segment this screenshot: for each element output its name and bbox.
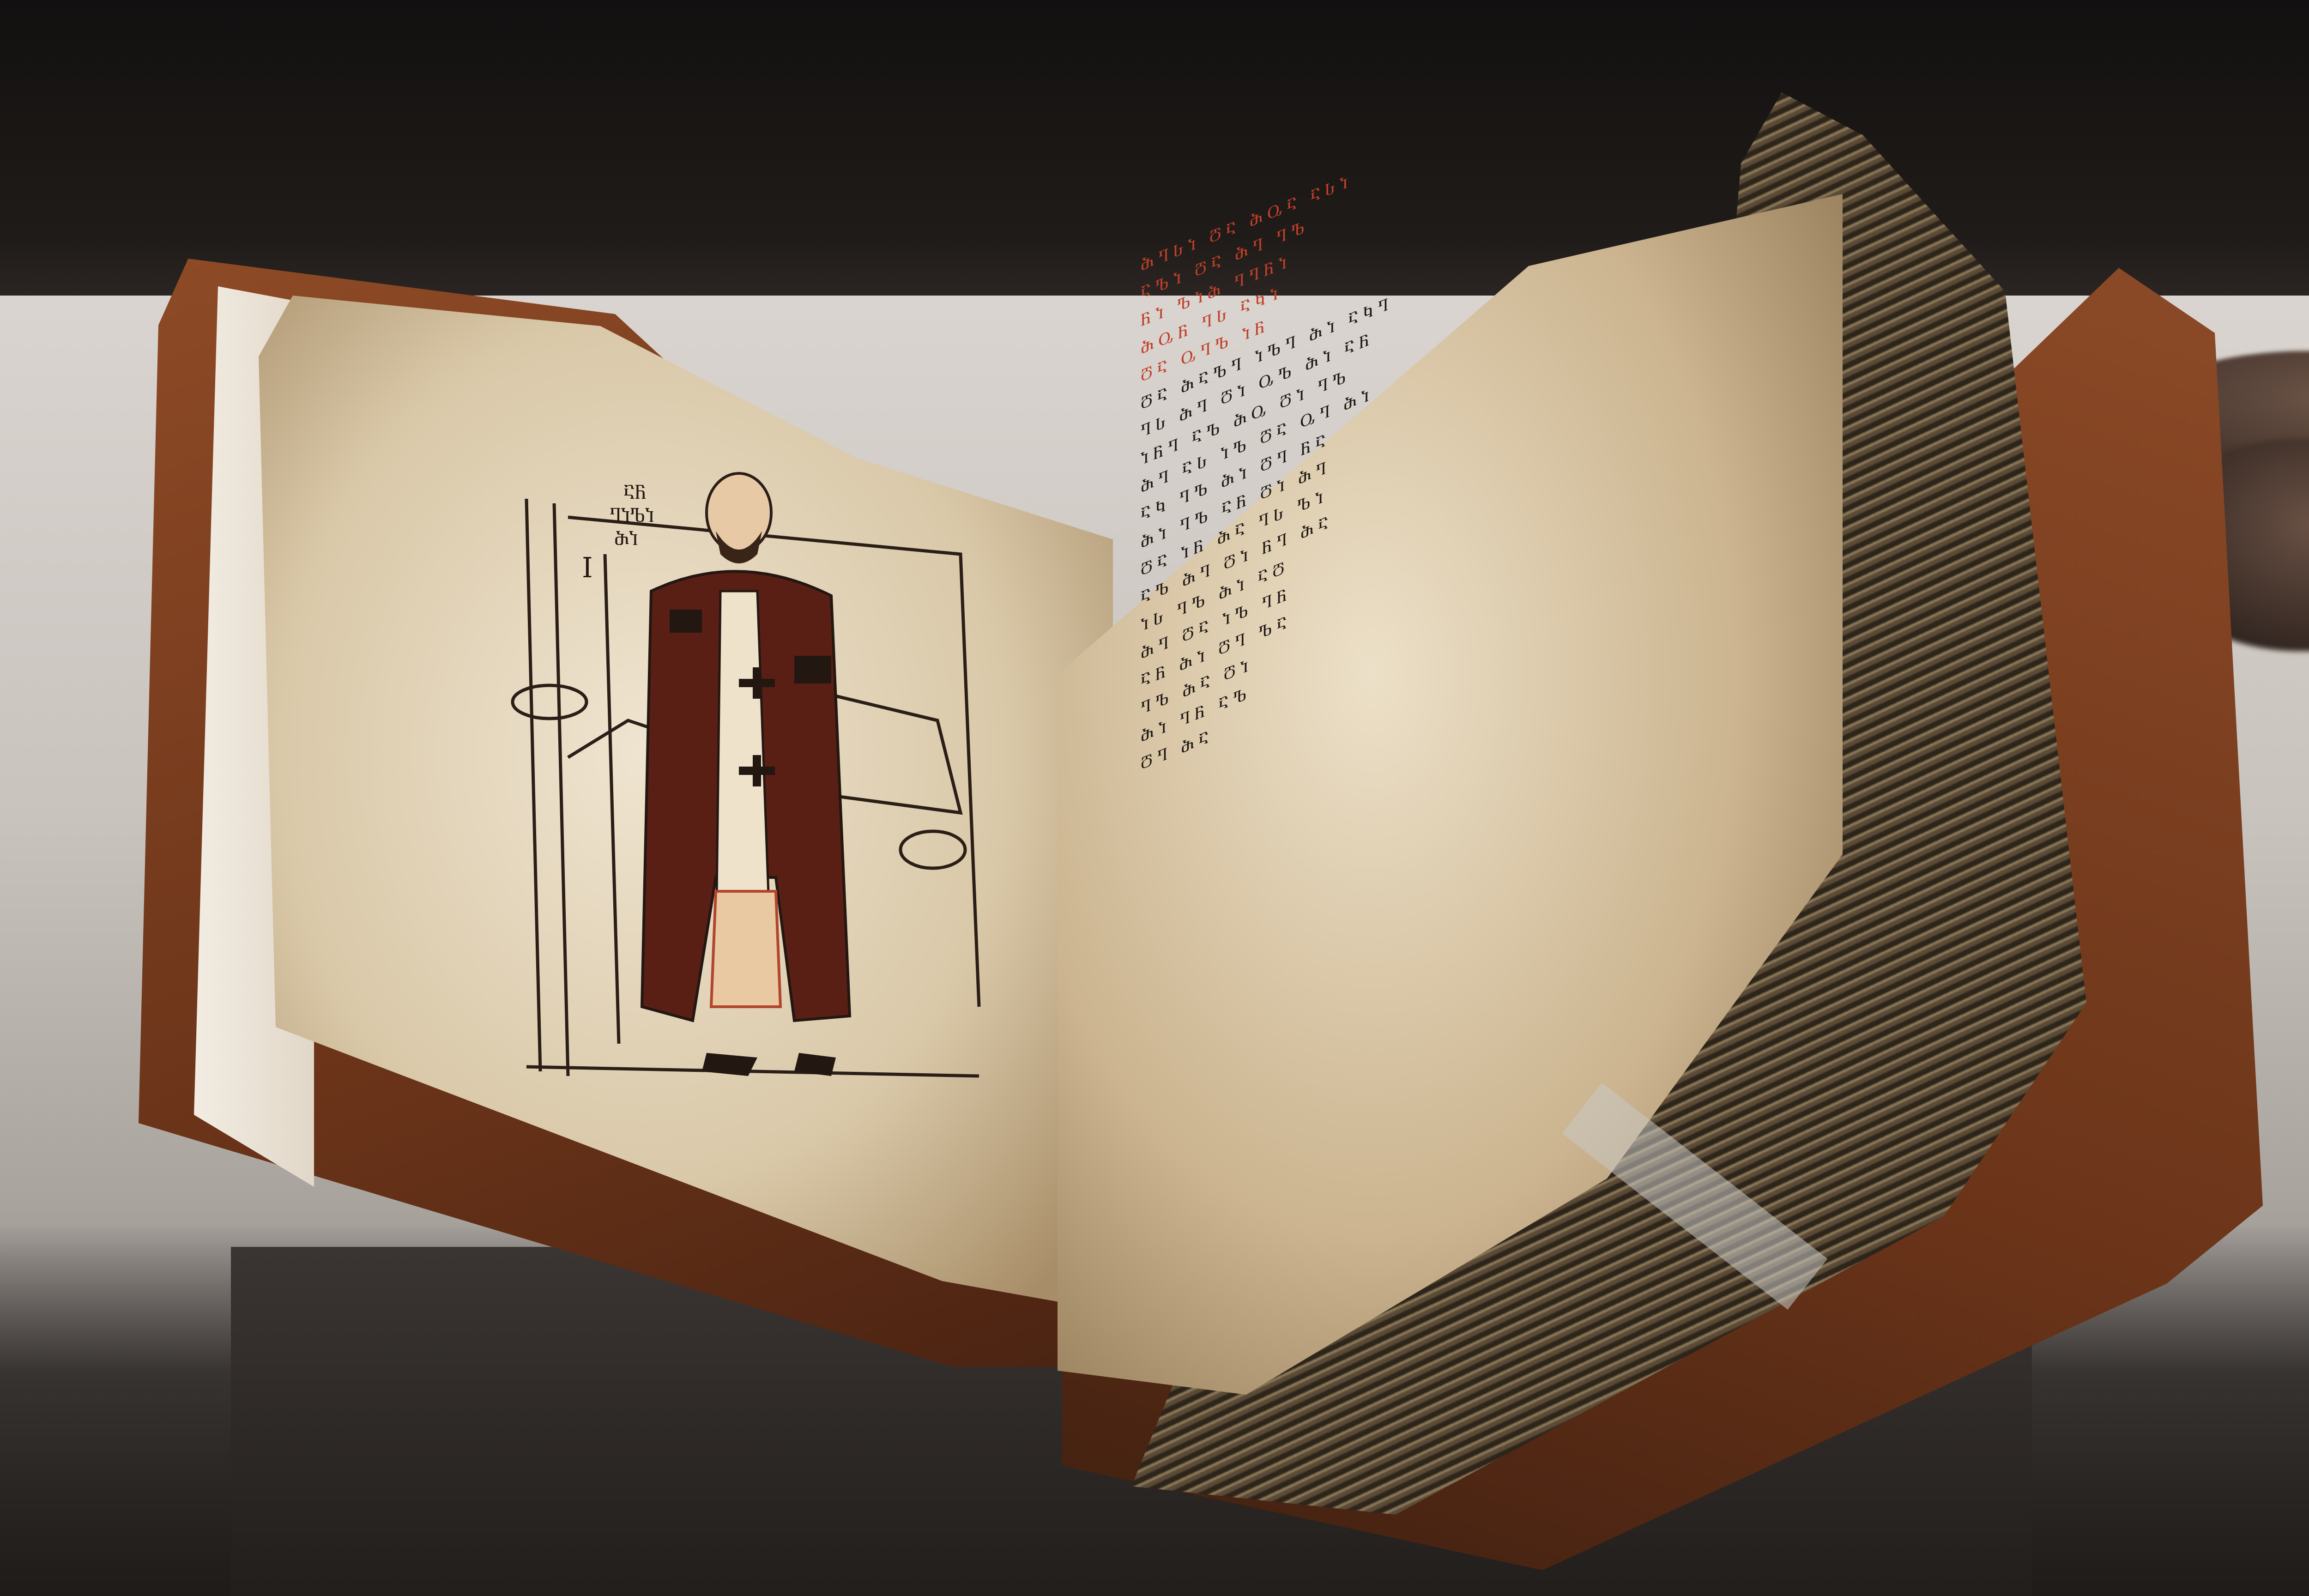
manuscript-text: ႫႤႱႨ ႣႠ ႫႭႠ ႠႱႨ ႠႪႨ ႣႠ ႫႤ ႤႪ ႬႨ ႪႨႫ ႤႤႬႨ…	[1141, 72, 1602, 1136]
inscription-line: ႠႬ	[623, 484, 647, 503]
bishop-drawing-icon: ႠႬ ႤႨႪႨ ႫႨ I	[499, 462, 993, 1094]
inscription-line: ႤႨႪႨ	[610, 508, 654, 526]
inscription-line: ႫႨ	[614, 531, 638, 549]
museum-display-scene: ႠႬ ႤႨႪႨ ႫႨ I ႫႤႱႨ ႣႠ ႫႭႠ ႠႱႨ ႠႪႨ ႣႠ ႫႤ Ⴄ…	[0, 0, 2309, 1596]
bishop-illustration: ႠႬ ႤႨႪႨ ႫႨ I	[499, 462, 993, 1094]
svg-text:I: I	[582, 552, 593, 584]
manuscript: ႠႬ ႤႨႪႨ ႫႨ I ႫႤႱႨ ႣႠ ႫႭႠ ႠႱႨ ႠႪႨ ႣႠ ႫႤ Ⴄ…	[0, 0, 2309, 1596]
